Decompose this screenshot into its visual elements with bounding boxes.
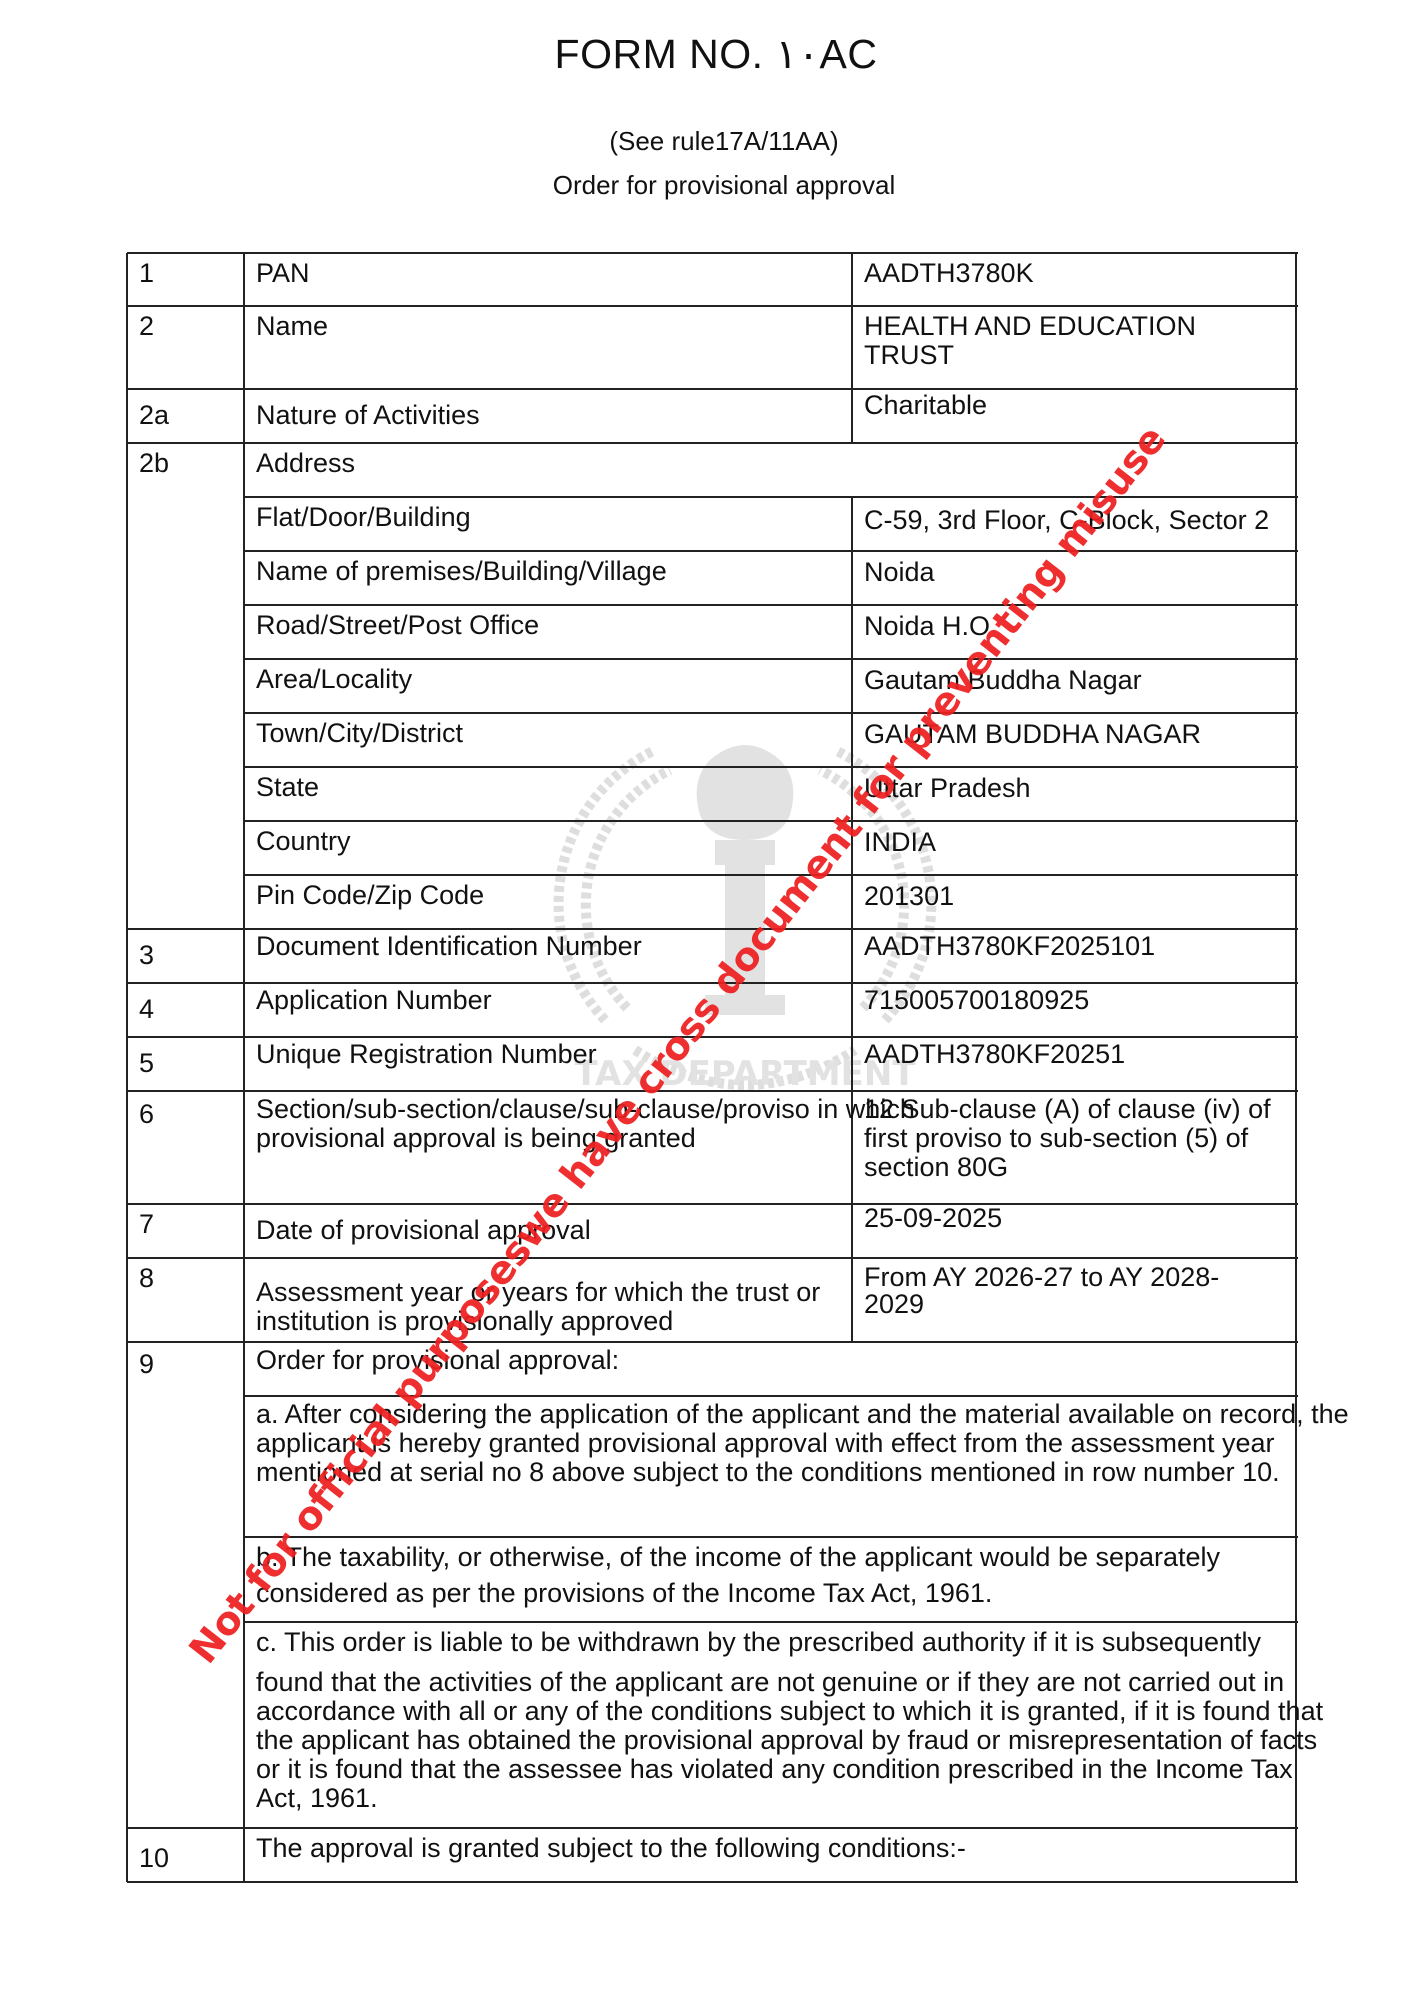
row-number: 3 bbox=[127, 929, 244, 983]
field-value-nature: Charitable bbox=[852, 389, 1296, 443]
row-number: 8 bbox=[127, 1258, 244, 1342]
row-number: 6 bbox=[127, 1091, 244, 1204]
order-heading: Order for provisional approval: bbox=[244, 1342, 1296, 1396]
row-number: 1 bbox=[127, 253, 244, 306]
row-number: 2 bbox=[127, 306, 244, 389]
field-value-ay: From AY 2026-27 to AY 2028-2029 bbox=[852, 1258, 1272, 1342]
field-label-date: Date of provisional approval bbox=[244, 1204, 852, 1258]
rule-reference: (See rule17A/11AA) bbox=[0, 126, 1414, 157]
row-number: 2a bbox=[127, 389, 244, 443]
address-field-value: Gautam Buddha Nagar bbox=[852, 659, 1296, 713]
field-label-application: Application Number bbox=[244, 983, 852, 1037]
address-field-label: Road/Street/Post Office bbox=[244, 605, 852, 659]
address-field-value: Noida bbox=[852, 551, 1296, 605]
address-field-label: Town/City/District bbox=[244, 713, 852, 767]
address-field-value: 201301 bbox=[852, 875, 1296, 929]
field-value-urn: AADTH3780KF20251 bbox=[852, 1037, 1296, 1091]
field-label-pan: PAN bbox=[244, 253, 852, 306]
address-field-label: Pin Code/Zip Code bbox=[244, 875, 852, 929]
field-label-din: Document Identification Number bbox=[244, 929, 852, 983]
field-label-section: Section/sub-section/clause/sub-clause/pr… bbox=[244, 1091, 944, 1204]
row-number: 2b bbox=[127, 443, 244, 497]
field-label-name: Name bbox=[244, 306, 852, 389]
address-field-value: C-59, 3rd Floor, C-Block, Sector 2 bbox=[852, 497, 1296, 551]
address-field-label: Flat/Door/Building bbox=[244, 497, 852, 551]
row-number: 5 bbox=[127, 1037, 244, 1091]
address-field-value: INDIA bbox=[852, 821, 1296, 875]
row-number: 7 bbox=[127, 1204, 244, 1258]
address-field-label: Name of premises/Building/Village bbox=[244, 551, 852, 605]
field-value-date: 25-09-2025 bbox=[852, 1204, 1296, 1258]
address-field-label: Area/Locality bbox=[244, 659, 852, 713]
address-field-value: Noida H.O bbox=[852, 605, 1296, 659]
address-field-value: GAUTAM BUDDHA NAGAR bbox=[852, 713, 1296, 767]
address-field-value: Uttar Pradesh bbox=[852, 767, 1296, 821]
row-number: 4 bbox=[127, 983, 244, 1037]
row-number: 10 bbox=[127, 1828, 244, 1882]
address-field-label: State bbox=[244, 767, 852, 821]
order-clause-c: c. This order is liable to be withdrawn … bbox=[244, 1622, 1364, 1664]
order-clause-b-cont: considered as per the provisions of the … bbox=[244, 1577, 1296, 1622]
field-value-name: HEALTH AND EDUCATION TRUST bbox=[852, 306, 1212, 389]
form-title: FORM NO. ١٠AC bbox=[0, 30, 1414, 78]
field-value-pan: AADTH3780K bbox=[852, 253, 1296, 306]
row-number: 9 bbox=[127, 1342, 244, 1396]
field-value-din: AADTH3780KF2025101 bbox=[852, 929, 1296, 983]
field-value-section: 12 Sub-clause (A) of clause (iv) of firs… bbox=[852, 1091, 1310, 1204]
field-value-application: 715005700180925 bbox=[852, 983, 1296, 1037]
field-label-urn: Unique Registration Number bbox=[244, 1037, 852, 1091]
address-field-label: Country bbox=[244, 821, 852, 875]
field-label-nature: Nature of Activities bbox=[244, 389, 852, 443]
form-subtitle: Order for provisional approval bbox=[0, 170, 1414, 201]
field-label-address: Address bbox=[244, 443, 1296, 497]
order-clause-b: b. The taxability, or otherwise, of the … bbox=[244, 1537, 1296, 1577]
conditions-heading: The approval is granted subject to the f… bbox=[244, 1828, 1296, 1882]
order-clause-c-cont: found that the activities of the applica… bbox=[244, 1664, 1344, 1828]
field-label-ay: Assessment year or years for which the t… bbox=[244, 1258, 864, 1342]
order-clause-a: a. After considering the application of … bbox=[244, 1396, 1364, 1537]
